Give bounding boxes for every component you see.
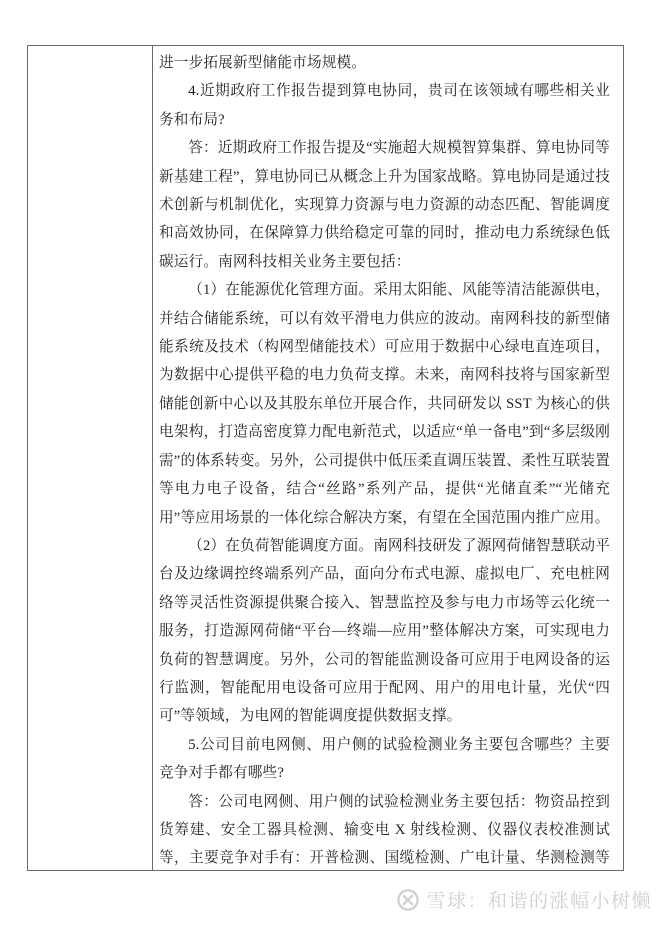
paragraph: 答：近期政府工作报告提及“实施超大规模智算集群、算电协同等新基建工程”，算电协同… — [159, 134, 610, 276]
table-label-cell — [28, 46, 153, 870]
watermark: 雪球：和谐的涨幅小树懒 — [396, 886, 652, 913]
paragraph: 4.近期政府工作报告提到算电协同，贵司在该领域有哪些相关业务和布局? — [159, 77, 610, 134]
qa-table: 进一步拓展新型储能市场规模。4.近期政府工作报告提到算电协同，贵司在该领域有哪些… — [27, 45, 624, 871]
paragraph: 5.公司目前电网侧、用户侧的试验检测业务主要包含哪些？主要竞争对手都有哪些? — [159, 731, 610, 788]
watermark-text: 雪球：和谐的涨幅小树懒 — [426, 886, 652, 913]
table-content-cell: 进一步拓展新型储能市场规模。4.近期政府工作报告提到算电协同，贵司在该领域有哪些… — [153, 46, 623, 870]
paragraph: （1）在能源优化管理方面。采用太阳能、风能等清洁能源供电，并结合储能系统，可以有… — [159, 276, 610, 532]
paragraph: 答：公司电网侧、用户侧的试验检测业务主要包括：物资品控到货筹建、安全工器具检测、… — [159, 788, 610, 870]
xueqiu-logo-icon — [396, 888, 420, 912]
paragraph: （2）在负荷智能调度方面。南网科技研发了源网荷储智慧联动平台及边缘调控终端系列产… — [159, 532, 610, 731]
paragraph: 进一步拓展新型储能市场规模。 — [159, 49, 610, 77]
